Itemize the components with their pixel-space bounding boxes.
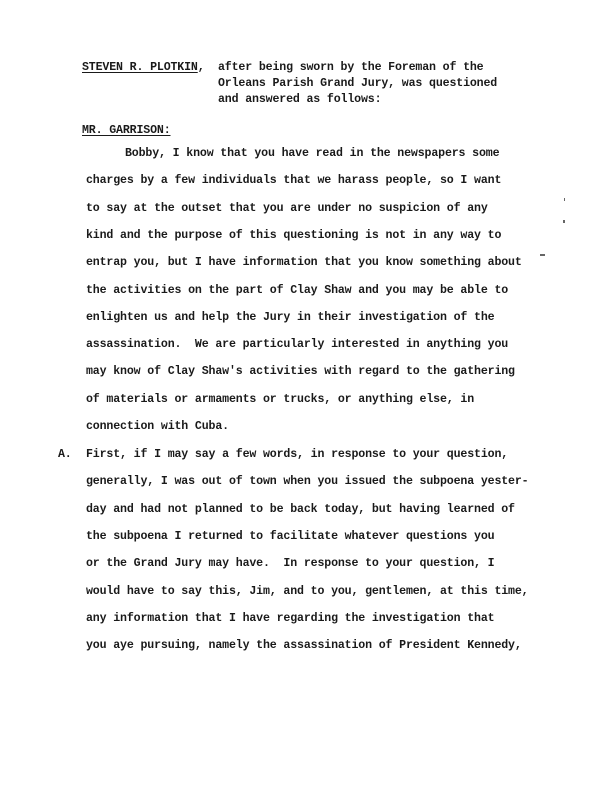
answer-line: or the Grand Jury may have. In response … [86, 557, 494, 571]
witness-name-comma: , [198, 61, 205, 74]
question-line: kind and the purpose of this questioning… [86, 229, 501, 243]
answer-line: First, if I may say a few words, in resp… [86, 448, 508, 462]
answer-line: generally, I was out of town when you is… [86, 475, 528, 489]
question-line: connection with Cuba. [86, 420, 229, 434]
question-line: of materials or armaments or trucks, or … [86, 393, 474, 407]
answer-line: you aye pursuing, namely the assassinati… [86, 639, 522, 653]
witness-header-line: STEVEN R. PLOTKIN, [82, 61, 205, 75]
question-line: may know of Clay Shaw's activities with … [86, 365, 515, 379]
answer-line: any information that I have regarding th… [86, 612, 494, 626]
question-line: assassination. We are particularly inter… [86, 338, 508, 352]
answer-line: would have to say this, Jim, and to you,… [86, 585, 528, 599]
scan-speck [540, 254, 545, 256]
intro-line-3: and answered as follows: [218, 93, 381, 107]
question-line: to say at the outset that you are under … [86, 202, 488, 216]
answer-line: day and had not planned to be back today… [86, 503, 515, 517]
intro-line-2: Orleans Parish Grand Jury, was questione… [218, 77, 497, 91]
question-line: charges by a few individuals that we har… [86, 174, 501, 188]
intro-line-1: after being sworn by the Foreman of the [218, 61, 484, 75]
question-line: entrap you, but I have information that … [86, 256, 522, 270]
speaker-label: MR. GARRISON: [82, 124, 171, 138]
witness-name: STEVEN R. PLOTKIN [82, 61, 198, 74]
answer-label: A. [58, 448, 72, 462]
answer-line: the subpoena I returned to facilitate wh… [86, 530, 494, 544]
question-line: the activities on the part of Clay Shaw … [86, 284, 508, 298]
question-line: enlighten us and help the Jury in their … [86, 311, 494, 325]
scan-speck [563, 220, 565, 223]
scan-speck [564, 198, 565, 201]
question-line: Bobby, I know that you have read in the … [125, 147, 499, 161]
